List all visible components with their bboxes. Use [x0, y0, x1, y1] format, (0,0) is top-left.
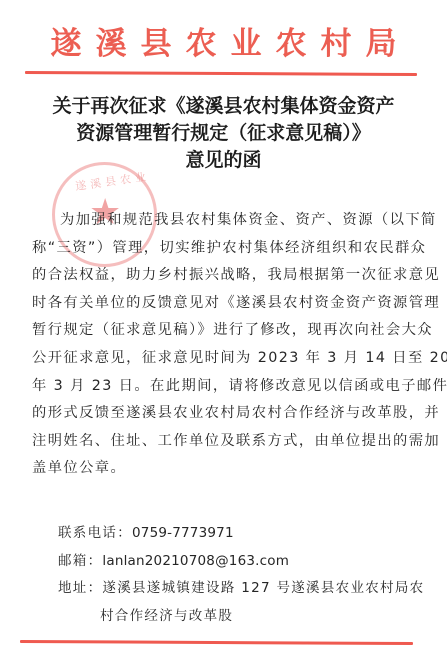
- body-line-2: 称“三资”）管理，切实维护农村集体经济组织和农民群众: [32, 235, 400, 263]
- document-title-line-3: 意见的函: [0, 147, 447, 174]
- address-line-2: 村合作经济与改革股: [100, 608, 233, 624]
- phone-label: 联系电话：: [58, 525, 132, 541]
- document-title-line-2: 资源管理暂行规定（征求意见稿）》: [0, 120, 447, 147]
- contact-info: 联系电话：0759-7773971 邮箱：lanlan20210708@163.…: [58, 520, 418, 630]
- body-line-8: 的形式反馈至遂溪县农业农村局农村合作经济与改革股，并: [32, 400, 400, 428]
- body-line-9: 注明姓名、住址、工作单位及联系方式，由单位提出的需加: [32, 428, 400, 456]
- email-label: 邮箱：: [58, 553, 102, 569]
- contact-email-row: 邮箱：lanlan20210708@163.com: [58, 548, 418, 576]
- body-line-3: 的合法权益，助力乡村振兴战略，我局根据第一次征求意见: [32, 262, 400, 290]
- header-red-rule: [25, 71, 417, 76]
- body-line-5: 暂行规定（征求意见稿）》进行了修改，现再次向社会大众: [32, 317, 400, 345]
- phone-number: 0759-7773971: [132, 525, 234, 541]
- contact-address-continuation: 村合作经济与改革股: [58, 603, 418, 631]
- body-line-10: 盖单位公章。: [32, 455, 400, 483]
- document-title-line-1: 关于再次征求《遂溪县农村集体资金资产: [0, 93, 447, 120]
- email-address: lanlan20210708@163.com: [102, 553, 289, 569]
- address-label: 地址：: [58, 580, 102, 596]
- body-line-1: 为加强和规范我县农村集体资金、资产、资源（以下简: [32, 207, 400, 235]
- document-title: 关于再次征求《遂溪县农村集体资金资产 资源管理暂行规定（征求意见稿）》 意见的函: [0, 93, 447, 174]
- footer-red-rule: [20, 640, 413, 645]
- letter-body: 为加强和规范我县农村集体资金、资产、资源（以下简 称“三资”）管理，切实维护农村…: [32, 207, 400, 483]
- issuing-authority-header: 遂溪县农业农村局: [0, 24, 447, 64]
- contact-address-row: 地址：遂溪县遂城镇建设路 127 号遂溪县农业农村局农: [58, 575, 418, 603]
- contact-phone-row: 联系电话：0759-7773971: [58, 520, 418, 548]
- address-line-1: 遂溪县遂城镇建设路 127 号遂溪县农业农村局农: [102, 580, 424, 596]
- body-line-7: 年 3 月 23 日。在此期间，请将修改意见以信函或电子邮件: [32, 373, 400, 401]
- body-line-6: 公开征求意见，征求意见时间为 2023 年 3 月 14 日至 2023: [32, 345, 400, 373]
- body-line-4: 时各有关单位的反馈意见对《遂溪县农村资金资产资源管理: [32, 290, 400, 318]
